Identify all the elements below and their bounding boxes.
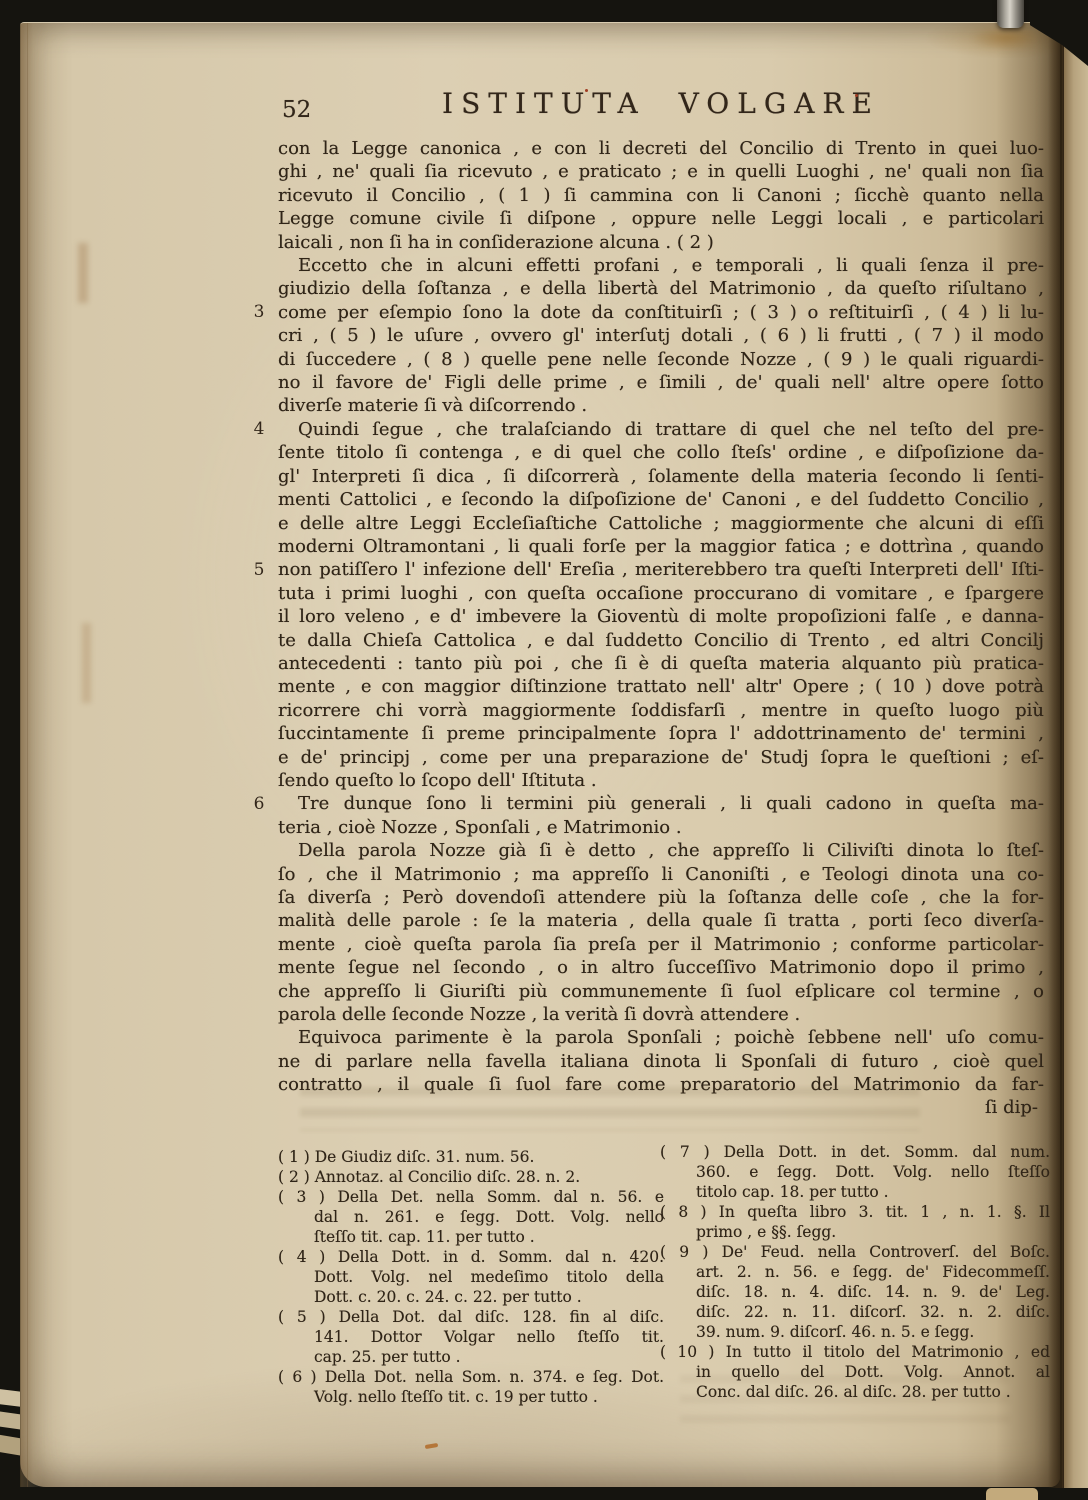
text-line: Eccetto che in alcuni effetti profani , … [278,254,1044,277]
margin-paragraph-number: 5 [248,560,270,580]
stain [585,89,588,92]
footnote-line: diſc. 18. n. 4. diſc. 14. n. 9. de' Leg. [660,1282,1050,1302]
scanner-clamp-icon [997,0,1024,28]
text-line: di ſuccedere , ( 8 ) quelle pene nelle ſ… [278,348,1044,371]
stain [970,25,1040,51]
footnote-line: ( 10 ) In tutto il titolo del Matrimonio… [660,1342,1050,1362]
text-line: ſo , che il Matrimonio ; ma appreſſo li … [278,863,1044,886]
footnote-line: ( 8 ) In queſta libro 3. tit. 1 , n. 1. … [660,1202,1050,1222]
text-line: mente , e con maggior diſtinzione tratta… [278,675,1044,698]
footnote-line: ( 9 ) De' Feud. nella Controverſ. del Bo… [660,1242,1050,1262]
margin-paragraph-number: 6 [248,794,270,814]
text-line: ſendo queſto lo ſcopo dell' Iſtituta . [278,769,1044,792]
footnote-line: ( 1 ) De Giudiz diſc. 31. num. 56. [278,1147,664,1167]
text-line: laicali , non ſi ha in conſiderazione al… [278,231,1044,254]
stain [82,623,91,703]
footnote-line: ( 4 ) Della Dott. in d. Somm. dal n. 420… [278,1247,664,1267]
footnote-line: ( 5 ) Della Dot. dal diſc. 128. fin al d… [278,1307,664,1327]
stain [425,1443,438,1449]
footnote-line: primo , e §§. ſegg. [660,1222,1050,1242]
text-line: menti Cattolici , e ſecondo la diſpoſizi… [278,488,1044,511]
footnotes-left-column: ( 1 ) De Giudiz diſc. 31. num. 56.( 2 ) … [278,1147,664,1407]
footnote-line: Dott. Volg. nel medeſimo titolo della [278,1267,664,1287]
running-title: ISTITUTA VOLGARE [278,87,1044,120]
text-line: antecedenti : tanto più poi , che ſi è d… [278,652,1044,675]
footnote-line: ( 6 ) Della Dot. nella Som. n. 374. e ſe… [278,1367,664,1387]
text-line: ghi , ne' quali ſia ricevuto , e pratica… [278,160,1044,183]
text-line: il loro veleno , e d' imbevere la Gioven… [278,605,1044,628]
text-line: ſuccintamente ſi preme principalmente ſo… [278,722,1044,745]
footnote-line: ( 7 ) Della Dott. in det. Somm. dal num. [660,1142,1050,1162]
text-line: parola delle ſeconde Nozze , la verità ſ… [278,1003,1044,1026]
footnote-line: Conc. dal diſc. 26. al diſc. 28. per tut… [660,1382,1050,1402]
text-line: con la Legge canonica , e con li decreti… [278,137,1044,160]
text-line: no il favore de' Figli delle prime , e ſ… [278,371,1044,394]
text-line: e de' principj , come per una preparazio… [278,746,1044,769]
page-fore-edge [20,23,43,1487]
text-line: malità delle parole : ſe la materia , de… [278,909,1044,932]
text-line: che appreſſo li Giuriſti più communement… [278,980,1044,1003]
text-line: Equivoca parimente è la parola Sponſali … [278,1026,1044,1049]
text-line: Quindi ſegue , che tralaſciando di tratt… [278,418,1044,441]
text-line: te dalla Chieſa Cattolica , e dal ſuddet… [278,629,1044,652]
text-line: tuta i primi luoghi , con queſta occaſio… [278,582,1044,605]
footnote-line: Dott. c. 20. c. 24. c. 22. per tutto . [278,1287,664,1307]
footnote-line: 141. Dottor Volgar nello ſteſſo tit. [278,1327,664,1347]
body-text: con la Legge canonica , e con li decreti… [278,137,1044,1097]
text-line: gl' Interpreti ſi dica , ſi diſcorrerà ,… [278,465,1044,488]
text-line: giudizio della ſoſtanza , e della libert… [278,277,1044,300]
stain [855,94,858,97]
stain [78,243,88,303]
text-line: ricorrere chi vorrà maggiormente ſoddisf… [278,699,1044,722]
text-line: mente , cioè queſta parola ſia preſa per… [278,933,1044,956]
text-line: Della parola Nozze già ſi è detto , che … [278,839,1044,862]
footnote-line: dal n. 261. e ſegg. Dott. Volg. nello [278,1207,664,1227]
footnote-line: diſc. 22. n. 11. diſcorſ. 32. n. 2. diſc… [660,1302,1050,1322]
text-line: e delle altre Leggi Eccleſiaſtiche Catto… [278,512,1044,535]
footnote-line: 39. num. 9. diſcorſ. 46. n. 5. e ſegg. [660,1322,1050,1342]
text-line: ſa diverſa ; Però dovendoſi attendere pi… [278,886,1044,909]
footnote-line: in quello del Dott. Volg. Annot. al [660,1362,1050,1382]
book-support [986,1488,1038,1500]
text-line: ſente titolo ſi contenga , e di quel che… [278,441,1044,464]
book-page: 52 ISTITUTA VOLGARE 3 4 5 6 con la Legge… [20,22,1060,1487]
text-line: come per eſempio ſono la dote da conſtit… [278,301,1044,324]
footnote-line: cap. 25. per tutto . [278,1347,664,1367]
text-line: cri , ( 5 ) le uſure , ovvero gl' interſ… [278,324,1044,347]
gutter-crease [1048,24,1064,1488]
footnotes-right-column: ( 7 ) Della Dott. in det. Somm. dal num.… [660,1142,1050,1402]
text-line: moderni Oltramontani , li quali forſe pe… [278,535,1044,558]
footnote-line: ( 3 ) Della Det. nella Somm. dal n. 56. … [278,1187,664,1207]
adjacent-page-edge [1062,26,1088,1488]
footnote-line: 360. e ſegg. Dott. Volg. nello ſteſſo [660,1162,1050,1182]
text-line: mente ſegue nel ſecondo , o in altro ſuc… [278,956,1044,979]
footnote-line: art. 2. n. 56. e ſegg. de' Fidecommeſſ. [660,1262,1050,1282]
text-line: diverſe materie ſi và diſcorrendo . [278,394,1044,417]
show-through-text [300,1087,920,1131]
text-line: non patiſſero l' infezione dell' Ereſia … [278,558,1044,581]
scanned-book-photo: { "document": { "page_number": "52", "ru… [0,0,1088,1500]
text-line: teria , cioè Nozze , Sponſali , e Matrim… [278,816,1044,839]
text-line: ne di parlare nella favella italiana din… [278,1050,1044,1073]
text-line: ricevuto il Concilio , ( 1 ) ſi cammina … [278,184,1044,207]
margin-paragraph-number: 4 [248,419,270,439]
footnote-line: Volg. nello ſteſſo tit. c. 19 per tutto … [278,1387,664,1407]
margin-paragraph-number: 3 [248,302,270,322]
footnote-line: ſteſſo tit. cap. 11. per tutto . [278,1227,664,1247]
text-line: Tre dunque ſono li termini più generali … [278,792,1044,815]
footnote-line: ( 2 ) Annotaz. al Concilio diſc. 28. n. … [278,1167,664,1187]
text-line: Legge comune civile ſi diſpone , oppure … [278,207,1044,230]
footnote-line: titolo cap. 18. per tutto . [660,1182,1050,1202]
